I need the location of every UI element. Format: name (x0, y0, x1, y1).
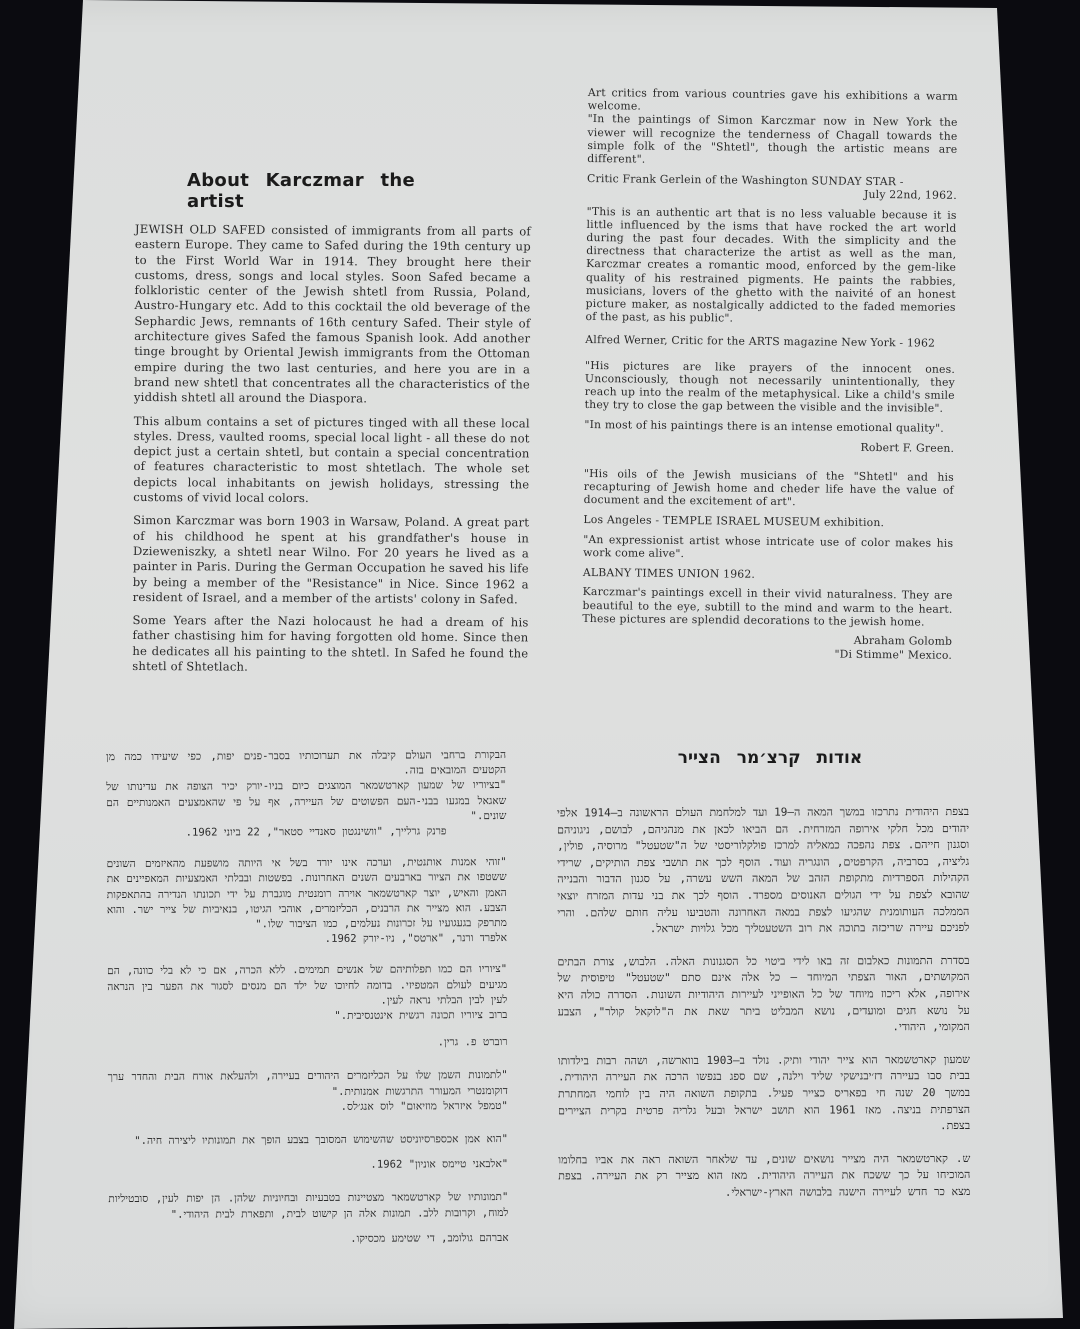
source-albany: ALBANY TIMES UNION 1962. (583, 566, 953, 583)
hebrew-paragraph-dream: ש. קארטשמאר היה מצייר נושאים שונים, עד ש… (558, 1151, 970, 1202)
hebrew-source-werner: אלפרד ורנר, "ארטס", ניו-יורק 1962. (107, 931, 507, 948)
hebrew-paragraph-album: בסדרת התמונות כאלבום זה באו לידי ביטוי כ… (558, 953, 970, 1037)
quote-albany: "An expressionist artist whose intricate… (583, 533, 953, 563)
hebrew-source-gerlein: פרנק גרלייך, "וושינגטון סאנדיי סטאר", 22… (106, 824, 506, 841)
english-right-column: Art critics from various countries gave … (582, 86, 958, 668)
paragraph-biography: Simon Karczmar was born 1903 in Warsaw, … (133, 513, 530, 607)
quote-golomb: Karczmar's paintings excell in their viv… (582, 585, 952, 628)
paragraph-safed-history: JEWISH OLD SAFED consisted of immigrants… (134, 222, 531, 408)
hebrew-quote-werner: "זוהי אמנות אותנטית, וערכה אינו יורד בשל… (107, 855, 507, 933)
hebrew-quote-golomb: "תמונותיו של קארטשמאר מצטיינות בטבעיות ו… (108, 1190, 508, 1223)
hebrew-source-green: רוברט פ. גרין. (108, 1035, 508, 1052)
paragraph-album: This album contains a set of pictures ti… (133, 414, 530, 508)
quote-werner: "This is an authentic art that is no les… (586, 205, 957, 328)
hebrew-right-column: בצפת היהודית נתרכזו במשך המאה ה–19 ועד ל… (557, 804, 970, 1216)
quote-gerlein: "In the paintings of Simon Karczmar now … (587, 112, 958, 169)
hebrew-critics-intro: הבקורת ברחבי העולם קיבלה את תערוכותיו בס… (106, 748, 506, 781)
quote-green-2: "In most of his paintings there is an in… (584, 418, 954, 435)
paragraph-dream: Some Years after the Nazi holocaust he h… (132, 613, 528, 677)
hebrew-quote-temple-israel: "לתמונות השמן שלו על הכליזמרים היהודים ב… (108, 1068, 508, 1101)
hebrew-source-temple-israel: "טמפל איזראל מוזיאום" לוס אנג׳לס. (108, 1099, 508, 1116)
hebrew-source-golomb: אברהם גולומב, די שטימע מכסיקו. (109, 1231, 509, 1248)
hebrew-paragraph-biography: שמעון קארטשמאר הוא צייר יהודי ותיק. נולד… (558, 1052, 970, 1136)
hebrew-quote-green-1: "ציוריו הם כמו תפלותיהם של אנשים תמימים.… (107, 962, 507, 1010)
hebrew-source-albany: "אלבאני טיימס אוניון" 1962. (108, 1157, 508, 1174)
source-green: Robert F. Green. (584, 438, 954, 455)
hebrew-quote-green-2: ברוב ציוריו תכונה רגשית אינטנסיבית." (107, 1008, 507, 1025)
english-left-column: JEWISH OLD SAFED consisted of immigrants… (132, 222, 531, 683)
hebrew-title: אודות קרצ׳מר הצייר (620, 748, 920, 768)
hebrew-left-column: הבקורת ברחבי העולם קיבלה את תערוכותיו בס… (106, 748, 509, 1262)
quote-green-1: "His pictures are like prayers of the in… (585, 359, 956, 416)
quote-temple-israel: "His oils of the Jewish musicians of the… (584, 467, 954, 510)
hebrew-quote-gerlein: "בציוריו של שמעון קארטשמאר המוצגים כיום … (106, 778, 506, 826)
english-title: About Karczmar the artist (187, 170, 487, 212)
source-temple-israel: Los Angeles - TEMPLE ISRAEL MUSEUM exhib… (583, 513, 953, 530)
hebrew-quote-albany: "הוא אמן אכספרסיוניסט שהשימוש המסובך בצב… (108, 1132, 508, 1149)
critics-intro: Art critics from various countries gave … (588, 86, 958, 116)
hebrew-paragraph-safed-history: בצפת היהודית נתרכזו במשך המאה ה–19 ועד ל… (557, 804, 969, 938)
source-werner: Alfred Werner, Critic for the ARTS magaz… (585, 333, 955, 350)
source-gerlein-date: July 22nd, 1962. (587, 185, 957, 202)
